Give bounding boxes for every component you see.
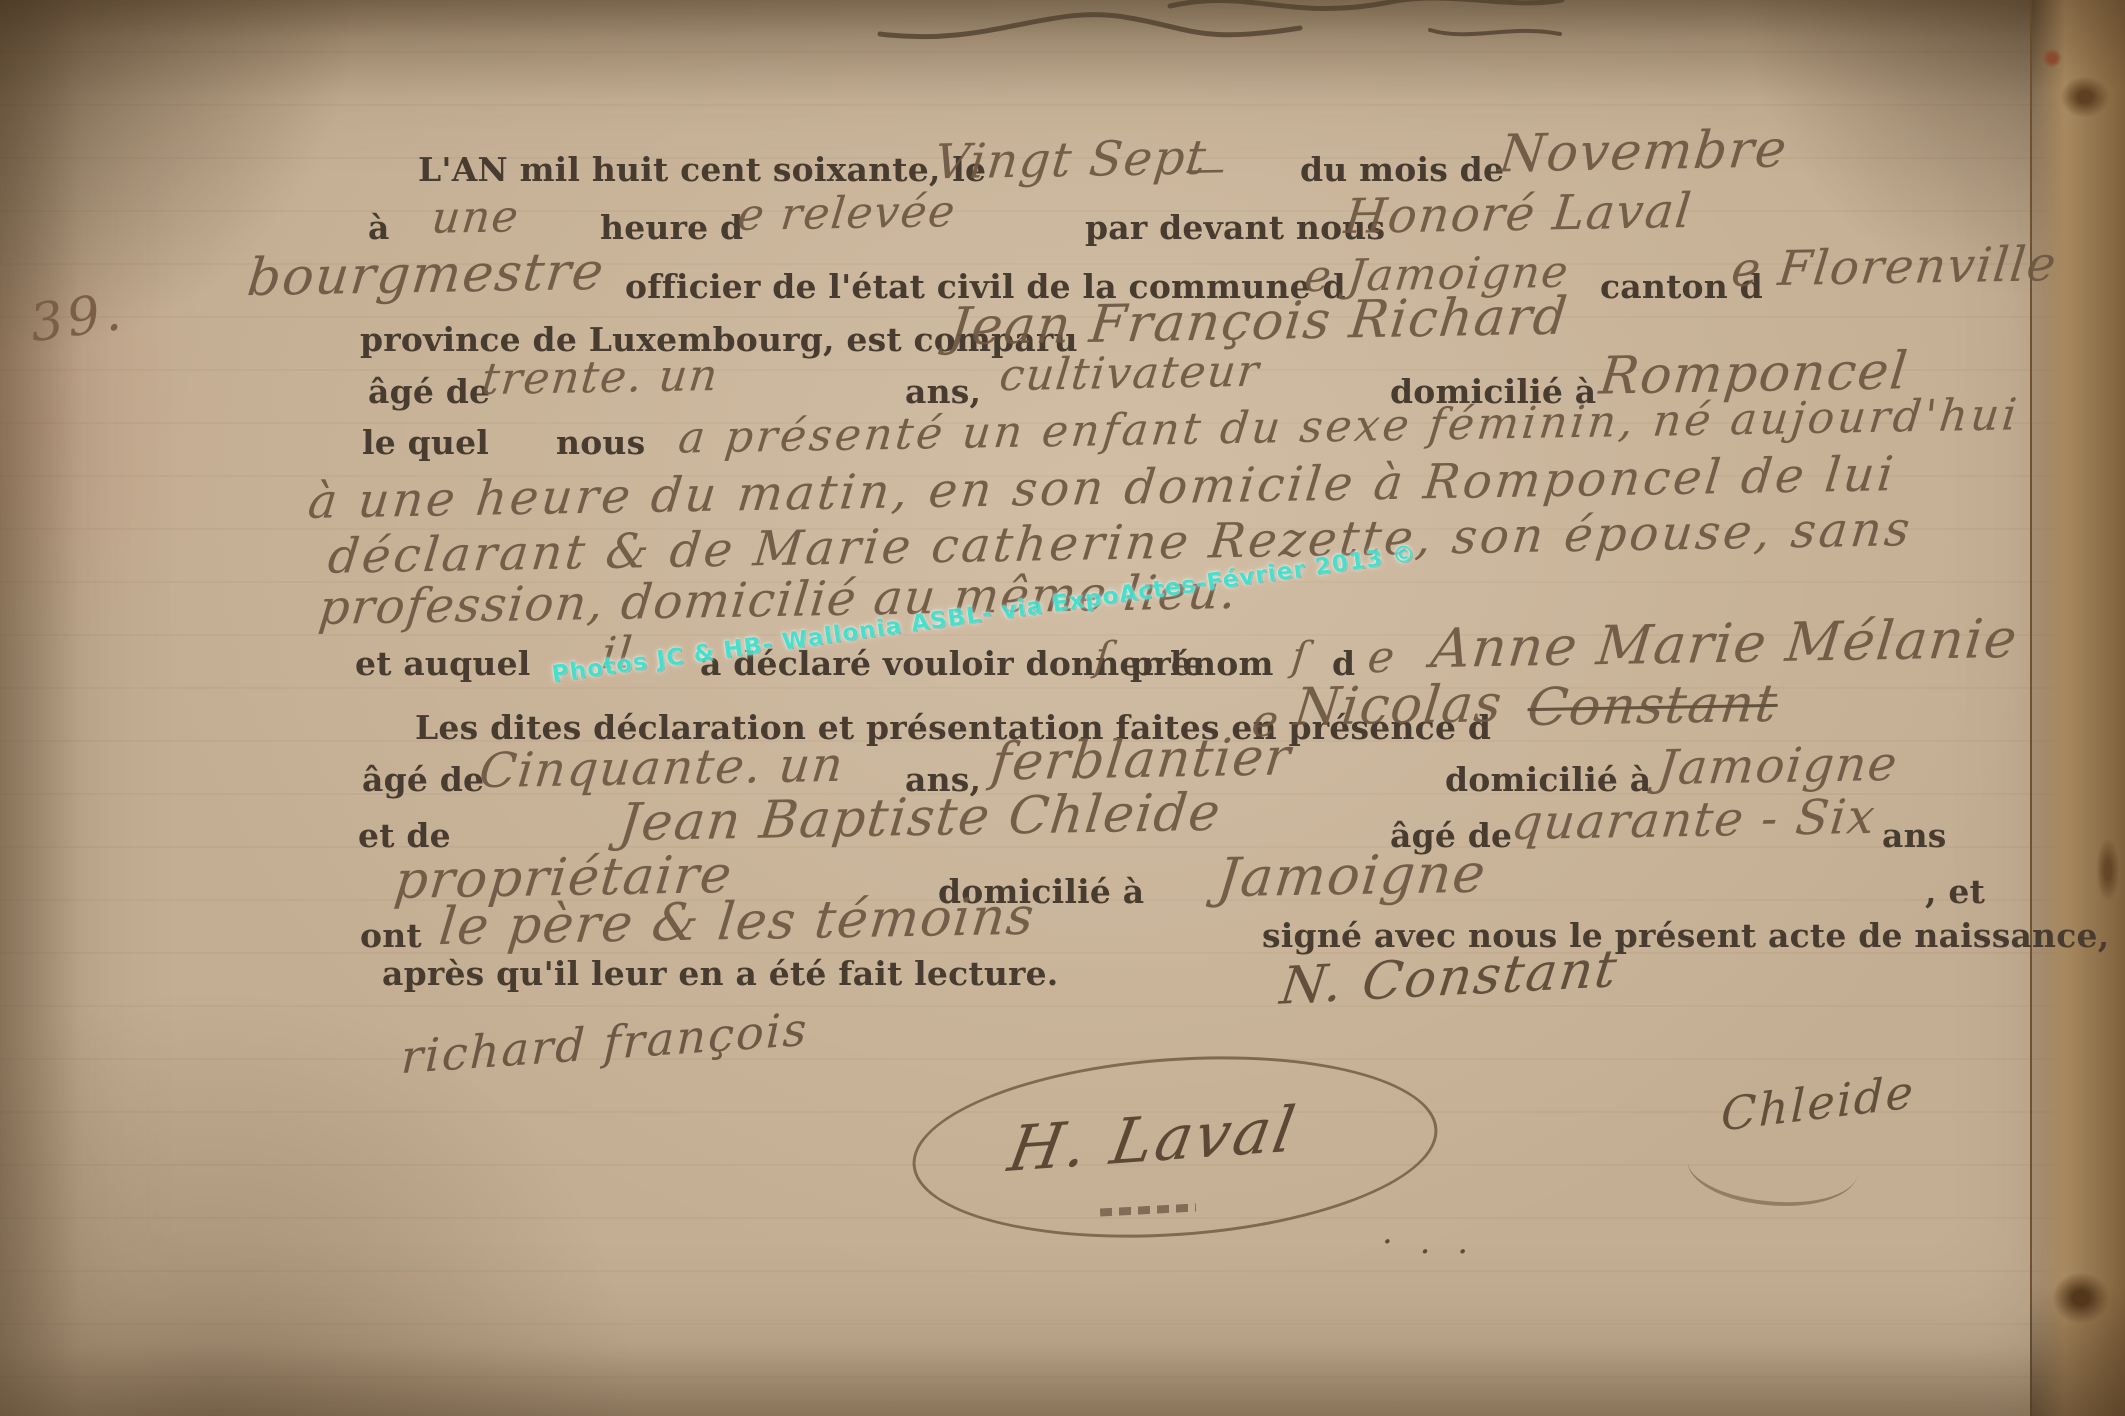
ink-stain: [2060, 76, 2110, 118]
handwritten-daypart: e relevée: [735, 186, 958, 241]
handwritten-officer-name: Honoré Laval: [1342, 183, 1695, 245]
handwritten-canton: e Florenville: [1729, 236, 2060, 298]
handwritten-witness1-residence: Jamoigne: [1655, 736, 1901, 796]
handwritten-profession: cultivateur: [997, 346, 1262, 402]
signature-richard-francois: richard françois: [400, 1002, 809, 1084]
act-line-10: et auquel il a déclaré vouloir donner le…: [0, 628, 2125, 694]
handwritten-witness2-name: Jean Baptiste Chleide: [616, 783, 1224, 853]
signature-laval-oval: H. Laval: [906, 1040, 1443, 1254]
printed-text: après qu'il leur en a été fait lecture.: [382, 954, 1059, 993]
act-line-16: après qu'il leur en a été fait lecture.: [0, 942, 2125, 1008]
handwritten-hour: une: [429, 191, 522, 244]
handwritten-witness1-profession: ferblantier: [989, 727, 1295, 792]
previous-act-flourish: [870, 0, 1570, 50]
signature-laval: H. Laval: [1003, 1092, 1303, 1186]
ink-stain: [2042, 48, 2062, 68]
handwritten-witness2-age: quarante - Six: [1509, 789, 1879, 851]
birth-record-scan: 39. L'AN mil huit cent soixante, le Ving…: [0, 0, 2125, 1416]
handwritten-age: trente. un: [479, 350, 721, 405]
printed-text: le quel: [362, 423, 489, 462]
printed-text: du mois de: [1300, 150, 1504, 189]
handwritten-witness1-first: Nicolas: [1292, 674, 1506, 738]
printed-text: prénom: [1130, 644, 1274, 683]
ink-stain: [2052, 1272, 2110, 1324]
printed-text: par devant nous: [1085, 208, 1385, 247]
act-line-1: L'AN mil huit cent soixante, le Vingt Se…: [0, 132, 2125, 198]
handwritten-witness2-residence: Jamoigne: [1214, 842, 1489, 910]
printed-text: heure d: [600, 208, 743, 247]
handwritten-month: Novembre: [1497, 119, 1791, 184]
printed-text: L'AN mil huit cent soixante, le: [418, 150, 986, 189]
signature-chleide-flourish: [1683, 1115, 1863, 1219]
handwritten-plural-s: ſ: [1290, 634, 1311, 680]
handwritten-day: Vingt Sept: [932, 130, 1210, 191]
printed-text: nous: [556, 423, 645, 462]
handwritten-dash: —: [1183, 146, 1229, 193]
handwritten-child-name: Anne Marie Mélanie: [1428, 607, 2021, 680]
handwritten-officer-title: bourgmestre: [244, 242, 607, 308]
printed-text: et auquel: [355, 644, 531, 683]
printed-text: à: [368, 208, 390, 247]
handwritten-witness1-last: Constant: [1525, 674, 1781, 738]
ink-dots: · . .: [1382, 1222, 1476, 1262]
printed-text: âgé de: [362, 760, 484, 799]
